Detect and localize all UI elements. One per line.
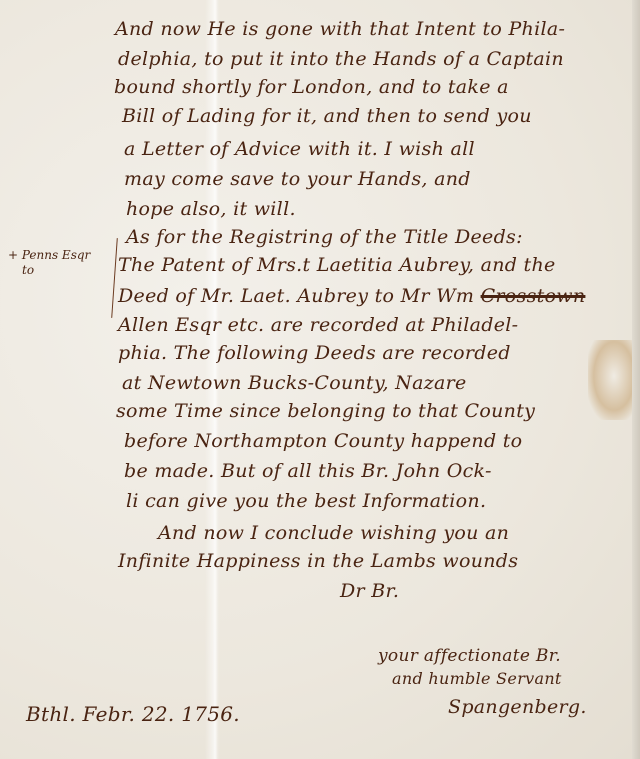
margin-note-line2: to xyxy=(22,263,34,277)
letter-line: a Letter of Advice with it. I wish all xyxy=(124,140,475,159)
signature: Spangenberg. xyxy=(448,698,587,717)
letter-line: li can give you the best Information. xyxy=(126,492,486,511)
letter-line: bound shortly for London, and to take a xyxy=(114,78,509,97)
letter-line: at Newtown Bucks-County, Nazare xyxy=(122,374,467,393)
letter-line: Deed of Mr. Laet. Aubrey to Mr Wm Crosst… xyxy=(118,287,585,306)
paper-edge xyxy=(632,0,640,759)
letter-line: delphia, to put it into the Hands of a C… xyxy=(118,50,564,69)
letter-line: phia. The following Deeds are recorded xyxy=(118,344,511,363)
letter-line: As for the Registring of the Title Deeds… xyxy=(126,228,523,247)
letter-line-text: Deed of Mr. Laet. Aubrey to Mr Wm xyxy=(118,285,474,307)
salutation: Dr Br. xyxy=(340,582,399,601)
letter-line: may come save to your Hands, and xyxy=(124,170,471,189)
closing-line2: and humble Servant xyxy=(392,671,562,687)
letter-line: before Northampton County happend to xyxy=(124,432,522,451)
letter-line: hope also, it will. xyxy=(126,200,296,219)
letter-line: And now I conclude wishing you an xyxy=(158,524,509,543)
letter-line: Bill of Lading for it, and then to send … xyxy=(122,107,532,126)
letter-line: be made. But of all this Br. John Ock- xyxy=(124,462,492,481)
struck-word: Crosstown xyxy=(481,285,586,307)
closing-line1: your affectionate Br. xyxy=(378,648,561,665)
letter-line: The Patent of Mrs.t Laetitia Aubrey, and… xyxy=(118,256,556,275)
margin-note-line1: + Penns Esqr xyxy=(8,248,90,262)
letter-line: Allen Esqr etc. are recorded at Philadel… xyxy=(118,316,518,335)
dateline: Bthl. Febr. 22. 1756. xyxy=(26,704,240,724)
letter-line: some Time since belonging to that County xyxy=(116,402,535,421)
letter-line: And now He is gone with that Intent to P… xyxy=(115,20,565,39)
letter-line: Infinite Happiness in the Lambs wounds xyxy=(118,552,518,571)
